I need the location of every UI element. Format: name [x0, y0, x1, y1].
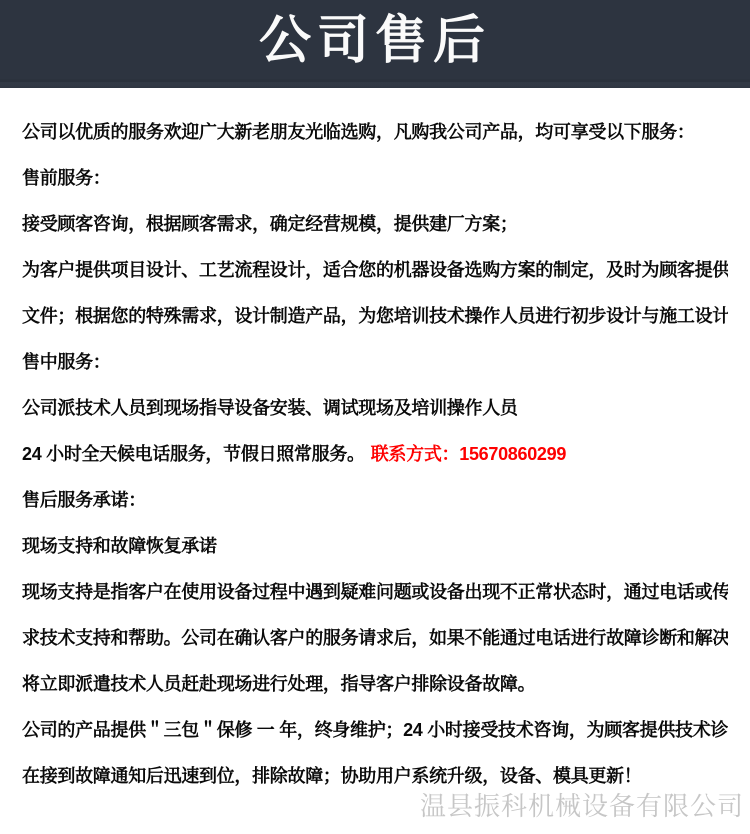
line-warranty-1: 公司的产品提供＂三包＂保修 一 年，终身维护；24 小时接受技术咨询，为顾客提供… — [22, 706, 728, 752]
page-title: 公司售后 — [259, 15, 491, 73]
line-presale-1: 接受顾客咨询，根据顾客需求，确定经营规模，提供建厂方案； — [22, 200, 728, 246]
after-sales-page: 公司售后 公司以优质的服务欢迎广大新老朋友光临选购，凡购我公司产品，均可享受以下… — [0, 0, 750, 834]
line-warranty-2-text: 在接到故障通知后迅速到位，排除故障；协助用户系统升级，设备、模具更新！ — [22, 762, 642, 788]
line-midsale-heading-text: 售中服务： — [22, 348, 111, 374]
line-midsale-1: 公司派技术人员到现场指导设备安装、调试现场及培训操作人员 — [22, 384, 728, 430]
line-presale-3: 文件；根据您的特殊需求，设计制造产品，为您培训技术操作人员进行初步设计与施工设计 — [22, 292, 728, 338]
line-hotline-text: 24 小时全天候电话服务，节假日照常服务。 — [22, 440, 365, 466]
line-support-detail-2: 求技术支持和帮助。公司在确认客户的服务请求后，如果不能通过电话进行故障诊断和解决… — [22, 614, 728, 660]
contact-phone: 联系方式：15670860299 — [371, 440, 566, 466]
service-content: 公司以优质的服务欢迎广大新老朋友光临选购，凡购我公司产品，均可享受以下服务： 售… — [0, 88, 750, 798]
line-support-detail-3: 将立即派遣技术人员赶赴现场进行处理，指导客户排除设备故障。 — [22, 660, 728, 706]
line-support-promise-text: 现场支持和故障恢复承诺 — [22, 532, 217, 558]
line-support-detail-3-text: 将立即派遣技术人员赶赴现场进行处理，指导客户排除设备故障。 — [22, 670, 535, 696]
line-warranty-1-text: 公司的产品提供＂三包＂保修 一 年，终身维护；24 小时接受技术咨询，为顾客提供… — [22, 716, 728, 742]
line-hotline: 24 小时全天候电话服务，节假日照常服务。 联系方式：15670860299 — [22, 430, 728, 476]
line-midsale-1-text: 公司派技术人员到现场指导设备安装、调试现场及培训操作人员 — [22, 394, 518, 420]
line-support-detail-1-text: 现场支持是指客户在使用设备过程中遇到疑难问题或设备出现不正常状态时，通过电话或传… — [22, 578, 728, 604]
line-presale-heading: 售前服务： — [22, 154, 728, 200]
line-aftersale-heading-text: 售后服务承诺： — [22, 486, 146, 512]
line-presale-2-text: 为客户提供项目设计、工艺流程设计，适合您的机器设备选购方案的制定，及时为顾客提供… — [22, 256, 728, 282]
line-support-detail-1: 现场支持是指客户在使用设备过程中遇到疑难问题或设备出现不正常状态时，通过电话或传… — [22, 568, 728, 614]
line-intro: 公司以优质的服务欢迎广大新老朋友光临选购，凡购我公司产品，均可享受以下服务： — [22, 108, 728, 154]
line-presale-heading-text: 售前服务： — [22, 164, 111, 190]
line-midsale-heading: 售中服务： — [22, 338, 728, 384]
company-watermark: 温县振科机械设备有限公司 — [420, 786, 744, 823]
line-support-promise: 现场支持和故障恢复承诺 — [22, 522, 728, 568]
line-support-detail-2-text: 求技术支持和帮助。公司在确认客户的服务请求后，如果不能通过电话进行故障诊断和解决… — [22, 624, 728, 650]
line-aftersale-heading: 售后服务承诺： — [22, 476, 728, 522]
line-presale-2: 为客户提供项目设计、工艺流程设计，适合您的机器设备选购方案的制定，及时为顾客提供… — [22, 246, 728, 292]
header-banner: 公司售后 — [0, 0, 750, 88]
line-presale-3-text: 文件；根据您的特殊需求，设计制造产品，为您培训技术操作人员进行初步设计与施工设计 — [22, 302, 728, 328]
line-presale-1-text: 接受顾客咨询，根据顾客需求，确定经营规模，提供建厂方案； — [22, 210, 518, 236]
line-intro-text: 公司以优质的服务欢迎广大新老朋友光临选购，凡购我公司产品，均可享受以下服务： — [22, 118, 695, 144]
